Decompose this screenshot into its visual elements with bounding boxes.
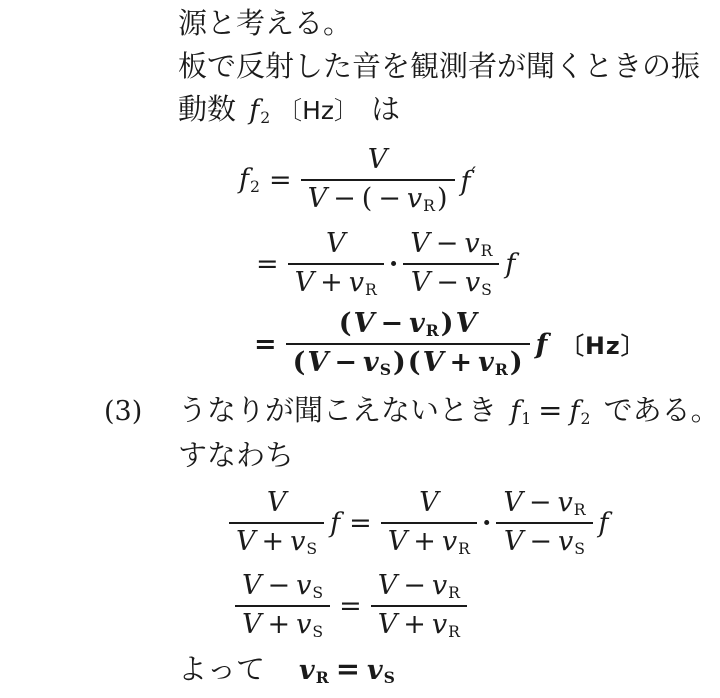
math-variable: vR <box>432 570 460 601</box>
math-variable: V <box>307 347 328 378</box>
math-operator: + <box>413 526 436 557</box>
denominator: V−vS <box>403 263 499 300</box>
denominator: (V−vS)(V+vR) <box>286 343 530 380</box>
fraction: VV−(−vR) <box>301 144 455 216</box>
math-variable: V <box>368 144 388 175</box>
math-variable: vR <box>432 609 460 640</box>
math-variable: f2 <box>239 164 260 196</box>
conclusion-line: よって vR=vS <box>178 648 399 690</box>
paragraph-line-frequency-f2: 動数 f2〔Hz〕 は <box>178 88 400 130</box>
prime-mark: ′ <box>472 163 476 186</box>
math-operator: − <box>334 347 357 378</box>
math-variable: V <box>423 347 444 378</box>
math-variable: V <box>503 487 523 518</box>
math-operator: + <box>320 267 343 298</box>
math-dot-operator: · <box>482 508 491 539</box>
subscript: S <box>312 622 323 641</box>
math-variable: f <box>330 508 340 539</box>
math-variable: f <box>599 508 609 539</box>
math-operator: = <box>254 329 277 360</box>
numerator: V−vR <box>496 487 592 522</box>
math-variable: V <box>419 487 439 518</box>
text-run: 動数 <box>178 88 245 130</box>
math-operator: − <box>529 487 552 518</box>
text-run: うなりが聞こえないとき <box>178 389 506 431</box>
math-variable: vS <box>363 347 391 378</box>
math-variable: V <box>378 570 398 601</box>
math-variable: V <box>378 609 398 640</box>
math-variable: f <box>536 329 548 360</box>
subscript: S <box>384 668 395 687</box>
math-operator: + <box>403 609 426 640</box>
subscript: 1 <box>521 409 531 428</box>
denominator: V−(−vR) <box>301 179 455 216</box>
math-variable: V <box>326 228 346 259</box>
subscript: R <box>448 622 460 641</box>
math-paren: ) <box>393 347 406 378</box>
math-variable: V <box>456 308 477 339</box>
equation-ratio: V−vSV+vS=V−vRV+vR <box>232 570 470 642</box>
unit-bracket: 〔Hz〕 <box>560 327 645 361</box>
subscript: S <box>481 280 492 299</box>
math-paren: ( <box>362 183 373 214</box>
numerator: V−vR <box>371 570 467 605</box>
math-variable: vS <box>558 526 585 557</box>
math-variable: vR <box>464 228 492 259</box>
math-operator: = <box>339 591 362 622</box>
math-variable: f <box>505 249 515 280</box>
math-variable: vR <box>299 650 329 698</box>
denominator: V−vS <box>496 522 592 559</box>
subscript: 2 <box>250 177 260 196</box>
math-operator: + <box>450 347 473 378</box>
item-3-heading: (3)うなりが聞こえないとき f1=f2 である。 <box>104 389 720 431</box>
fraction: (V−vR)V(V−vS)(V+vR) <box>286 308 530 380</box>
equation-f2-result: =(V−vR)V(V−vS)(V+vR)f〔Hz〕 <box>248 308 645 380</box>
math-variable: vS <box>465 267 492 298</box>
paragraph-line-source: 源と考える。 <box>178 2 352 44</box>
math-variable: f2 <box>249 90 270 139</box>
numerator: V−vS <box>235 570 330 605</box>
subscript: 2 <box>580 409 590 428</box>
math-variable: V <box>242 570 262 601</box>
math-variable: vS <box>296 609 323 640</box>
math-paren: ) <box>437 183 448 214</box>
subscript: S <box>306 539 317 558</box>
denominator: V+vS <box>229 522 324 559</box>
math-operator: = <box>269 165 292 196</box>
equation-f2-step2: =VV+vR·V−vRV−vSf <box>250 228 518 300</box>
text-run: よって <box>178 648 265 690</box>
math-operator: − <box>436 267 459 298</box>
math-paren: ) <box>510 347 523 378</box>
math-operator: + <box>268 609 291 640</box>
math-variable: vR <box>409 308 439 339</box>
math-operator: = <box>538 389 562 431</box>
subscript: S <box>574 539 585 558</box>
subscript: R <box>574 500 586 519</box>
text-run: である。 <box>594 389 719 431</box>
math-variable: vS <box>296 570 323 601</box>
subscript: R <box>448 583 460 602</box>
math-variable: f′ <box>461 163 476 198</box>
unit-bracket: 〔Hz〕 <box>277 90 359 132</box>
math-paren: ( <box>408 347 421 378</box>
math-dot-operator: · <box>389 249 398 280</box>
math-variable: vR <box>407 183 435 214</box>
math-variable: V <box>411 267 431 298</box>
math-operator: + <box>262 526 285 557</box>
math-variable: vR <box>557 487 585 518</box>
math-variable: V <box>267 487 287 518</box>
denominator: V+vS <box>235 605 330 642</box>
math-operator: − <box>403 570 426 601</box>
spacer <box>265 648 295 690</box>
fraction: V−vRV+vR <box>371 570 467 642</box>
fraction: V−vRV−vS <box>403 228 499 300</box>
denominator: V+vR <box>381 522 477 559</box>
fraction: VV+vR <box>288 228 384 300</box>
fraction: VV+vR <box>381 487 477 559</box>
math-operator: = <box>256 249 279 280</box>
fraction: VV+vS <box>229 487 324 559</box>
math-variable: vS <box>290 526 317 557</box>
math-operator: − <box>380 308 403 339</box>
math-variable: vR <box>442 526 470 557</box>
math-operator: − <box>378 183 401 214</box>
math-variable: V <box>388 526 408 557</box>
subscript: R <box>316 668 329 687</box>
text-run: は <box>362 88 400 130</box>
math-operator: = <box>349 508 372 539</box>
paragraph-line-sunawachi: すなわち <box>178 434 294 476</box>
subscript: R <box>365 280 377 299</box>
subscript: R <box>423 196 435 215</box>
fraction: V−vRV−vS <box>496 487 592 559</box>
math-operator: − <box>436 228 459 259</box>
math-paren: ( <box>339 308 352 339</box>
paragraph-line-reflection: 板で反射した音を観測者が聞くときの振 <box>178 45 700 87</box>
equation-f1-equals-f2: VV+vSf=VV+vR·V−vRV−vSf <box>226 487 612 559</box>
subscript: 2 <box>260 108 270 127</box>
math-variable: vS <box>367 650 395 698</box>
subscript: S <box>380 360 391 379</box>
math-variable: V <box>504 526 524 557</box>
subscript: S <box>312 583 323 602</box>
denominator: V+vR <box>371 605 467 642</box>
fraction: V−vSV+vS <box>235 570 330 642</box>
math-variable: V <box>354 308 375 339</box>
math-variable: V <box>242 609 262 640</box>
math-operator: − <box>333 183 356 214</box>
subscript: R <box>458 539 470 558</box>
subscript: R <box>426 321 439 340</box>
numerator: V <box>381 487 477 522</box>
math-variable: V <box>295 267 315 298</box>
numerator: (V−vR)V <box>286 308 530 343</box>
equation-f2-definition: f2=VV−(−vR)f′ <box>236 144 479 216</box>
numerator: V <box>229 487 324 522</box>
text-run: すなわち <box>178 434 294 476</box>
numerator: V <box>301 144 455 179</box>
denominator: V+vR <box>288 263 384 300</box>
math-variable: V <box>236 526 256 557</box>
item-number: (3) <box>104 391 178 433</box>
math-operator: − <box>268 570 291 601</box>
math-variable: V <box>410 228 430 259</box>
math-variable: f2 <box>569 391 590 440</box>
document-page: 源と考える。 板で反射した音を観測者が聞くときの振 動数 f2〔Hz〕 は f2… <box>0 0 720 698</box>
math-paren: ) <box>441 308 454 339</box>
math-variable: f1 <box>510 391 531 440</box>
numerator: V−vR <box>403 228 499 263</box>
math-operator: = <box>336 648 360 690</box>
math-variable: vR <box>349 267 377 298</box>
subscript: R <box>481 241 493 260</box>
math-paren: ( <box>293 347 306 378</box>
numerator: V <box>288 228 384 263</box>
text-run: 源と考える。 <box>178 2 352 44</box>
subscript: R <box>495 360 508 379</box>
math-variable: V <box>308 183 328 214</box>
math-variable: vR <box>478 347 508 378</box>
text-run: 板で反射した音を観測者が聞くときの振 <box>178 45 700 87</box>
math-operator: − <box>529 526 552 557</box>
